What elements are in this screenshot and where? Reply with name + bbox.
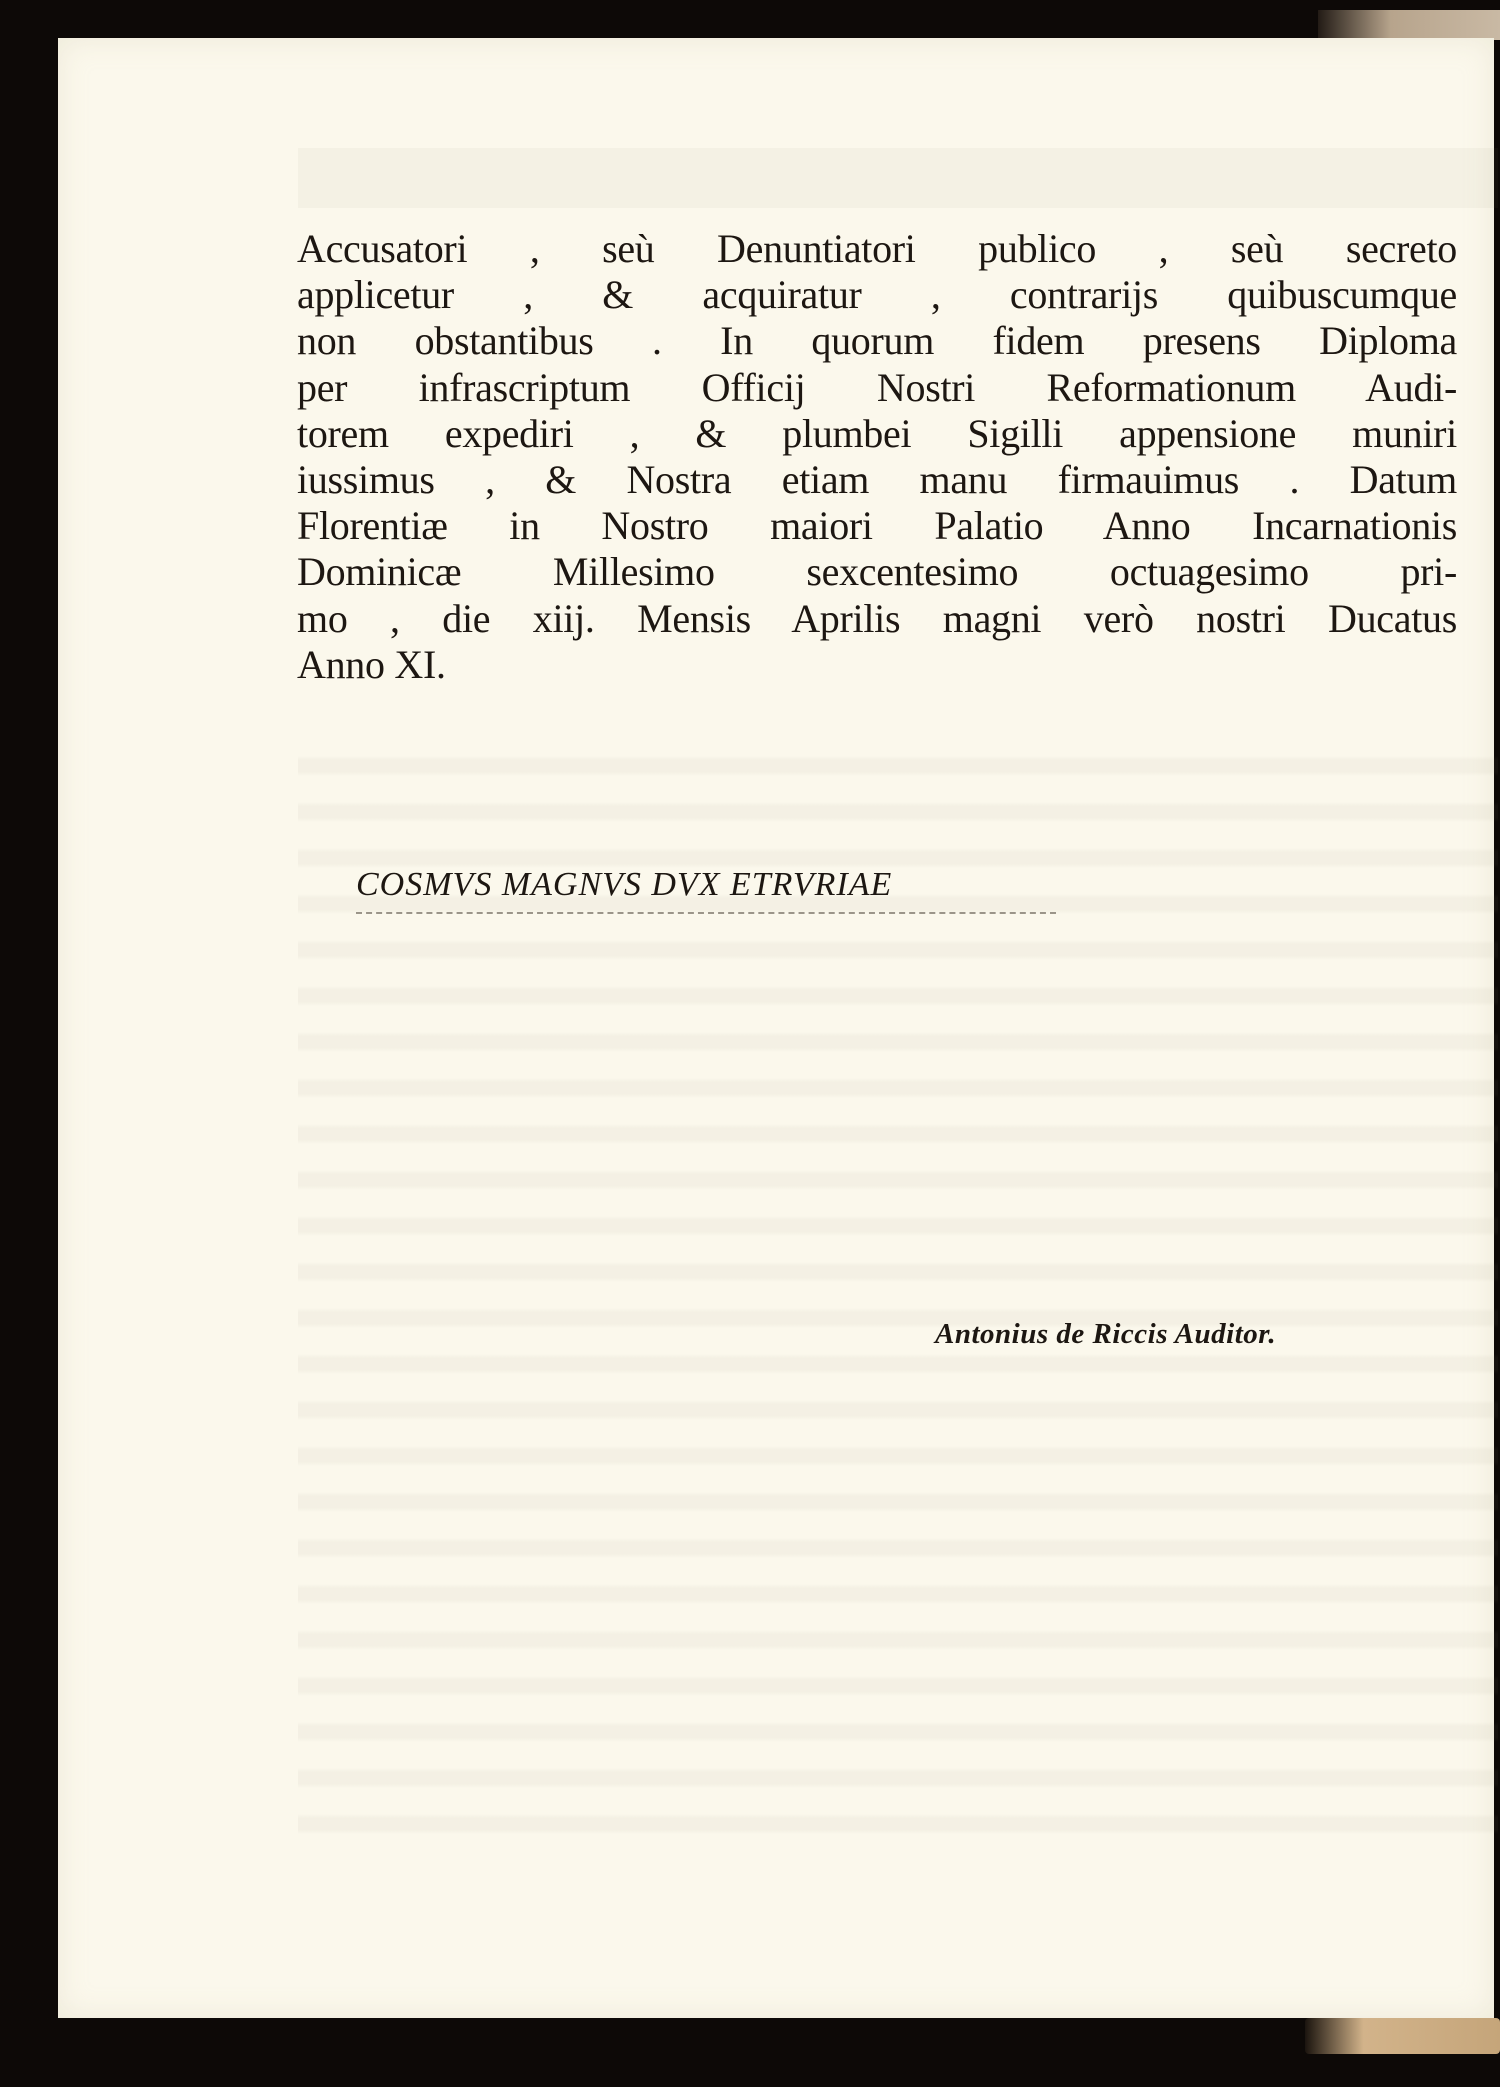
text-line: iussimus , & Nostra etiam manu firmauimu… <box>297 457 1457 503</box>
text-line: mo , die xiij. Mensis Aprilis magni verò… <box>297 596 1457 642</box>
signature-auditor: Antonius de Riccis Auditor. <box>935 1318 1276 1351</box>
body-text: Accusatori , seù Denuntiatori publico , … <box>297 226 1457 688</box>
text-line: non obstantibus . In quorum fidem presen… <box>297 318 1457 364</box>
text-line: Accusatori , seù Denuntiatori publico , … <box>297 226 1457 272</box>
text-line: Dominicæ Millesimo sexcentesimo octuages… <box>297 549 1457 595</box>
text-line: per infrascriptum Officij Nostri Reforma… <box>297 365 1457 411</box>
text-line: Anno XI. <box>297 642 1457 688</box>
scan-edge-bottom-right <box>1305 2018 1500 2054</box>
scan-edge-top-right <box>1318 10 1500 40</box>
signature-grand-duke: COSMVS MAGNVS DVX ETRVRIAE <box>356 866 892 904</box>
text-line: torem expediri , & plumbei Sigilli appen… <box>297 411 1457 457</box>
bleed-through-top <box>298 148 1498 208</box>
text-line: applicetur , & acquiratur , contrarijs q… <box>297 272 1457 318</box>
text-line: Florentiæ in Nostro maiori Palatio Anno … <box>297 503 1457 549</box>
signature-underline <box>356 912 1056 914</box>
